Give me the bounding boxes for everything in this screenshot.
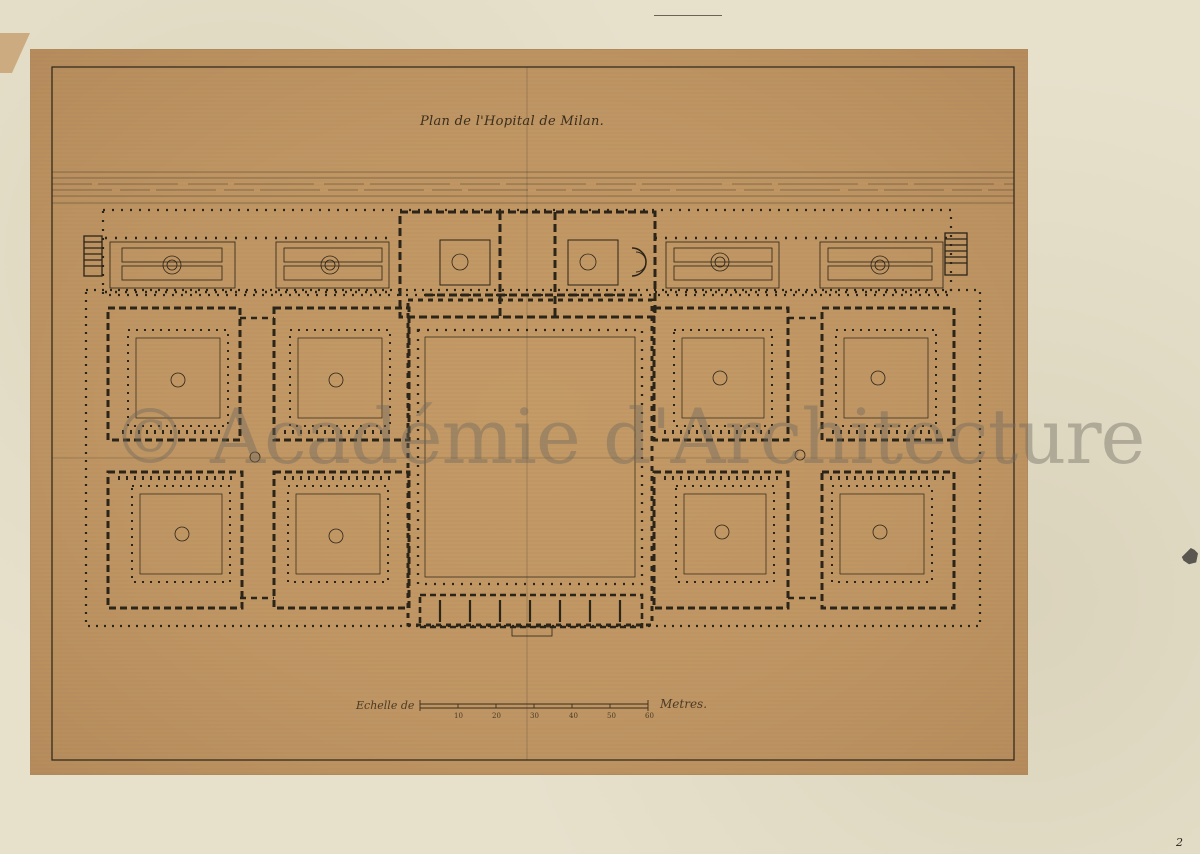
cloister (822, 472, 954, 608)
canal-band (52, 172, 1014, 203)
stairs (84, 233, 967, 276)
scale-tick: 40 (569, 712, 578, 720)
page-number: 2 (1176, 836, 1183, 849)
scale-label-left: Echelle de (356, 699, 414, 712)
scale-tick: 30 (530, 712, 539, 720)
cloister (274, 472, 409, 608)
scale-tick: 20 (492, 712, 501, 720)
drawing-title: Plan de l'Hopital de Milan. (420, 114, 604, 129)
scale-bar (420, 700, 648, 711)
top-gardens (110, 242, 943, 288)
cloister (108, 472, 242, 608)
scale-label-right: Metres. (660, 697, 707, 711)
scale-tick: 50 (607, 712, 616, 720)
cloister (654, 472, 788, 608)
scale-tick: 10 (454, 712, 463, 720)
copyright-watermark: © Académie d'Architecture (112, 392, 1145, 481)
scale-tick: 60 (645, 712, 654, 720)
